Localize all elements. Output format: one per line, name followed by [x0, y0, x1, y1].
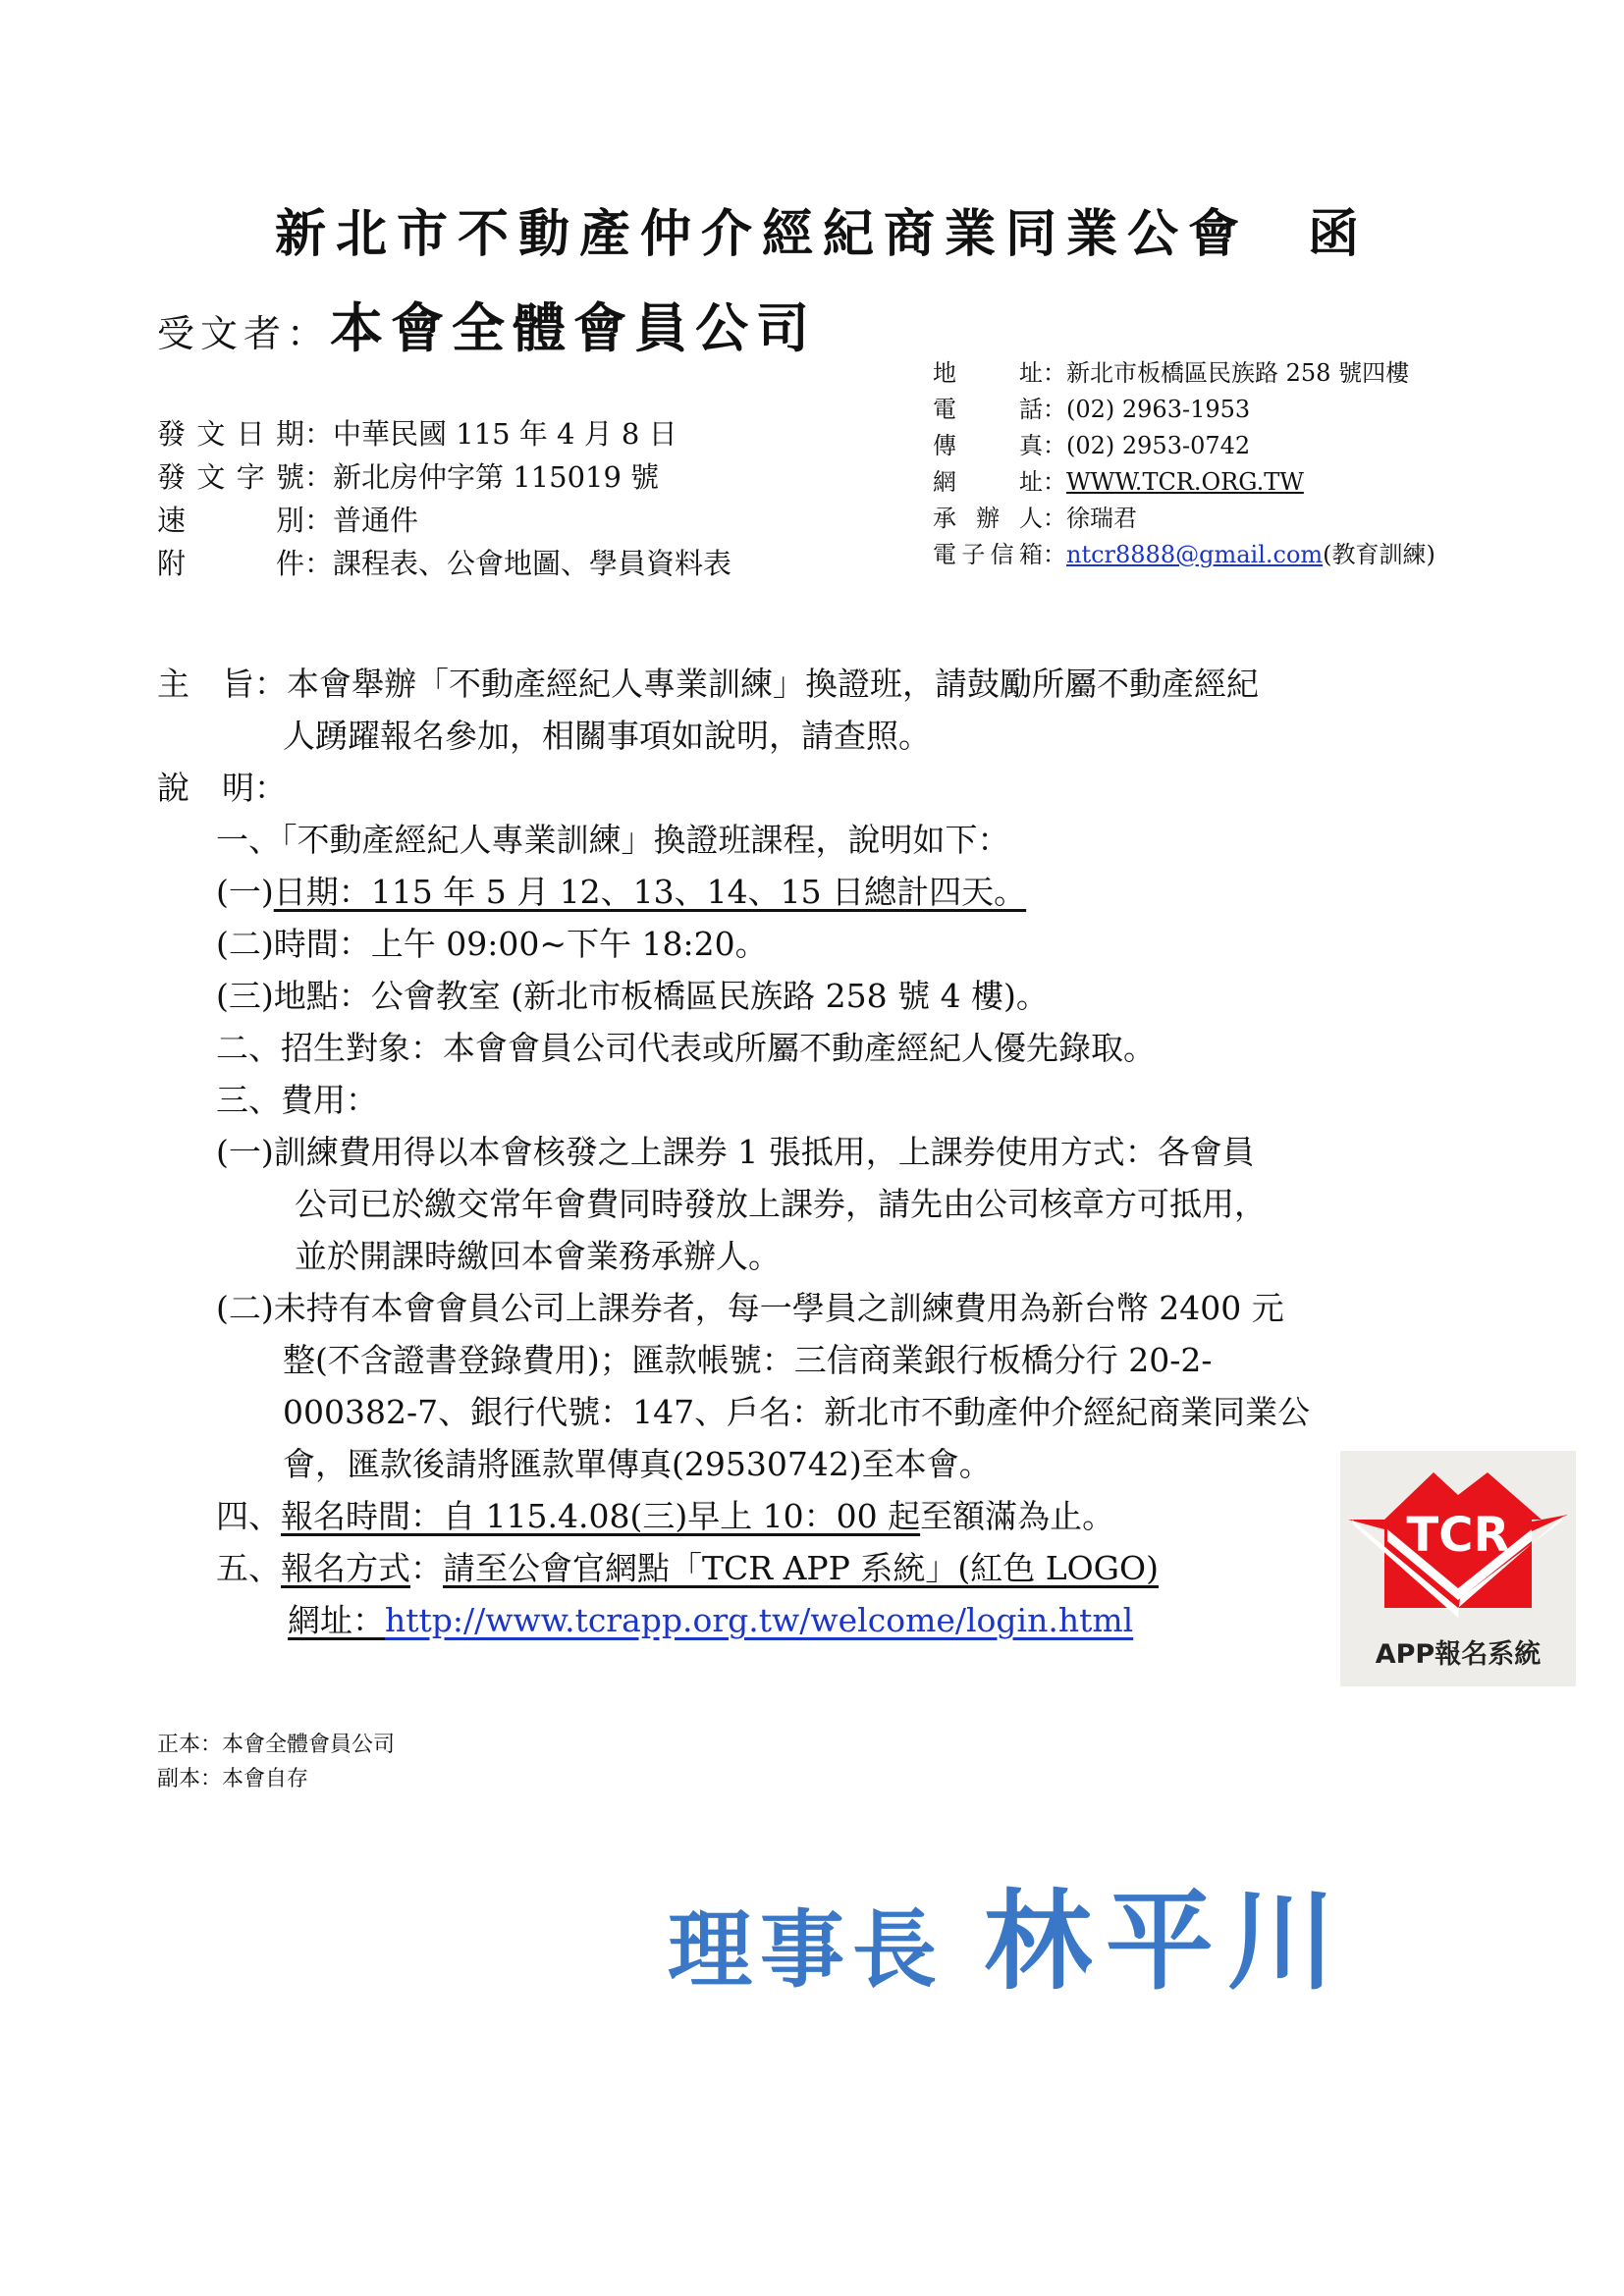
- document-body: 主 旨：本會舉辦「不動產經紀人專業訓練」換證班，請鼓勵所屬不動產經紀 人踴躍報名…: [157, 658, 1463, 1646]
- logo-caption: APP報名系統: [1340, 1632, 1576, 1671]
- website-link[interactable]: WWW.TCR.ORG.TW: [1066, 464, 1304, 501]
- issue-number: 發文字號：新北房仲字第 115019 號: [157, 455, 731, 499]
- explain-item-3b-2: 整(不含證書登錄費用)；匯款帳號：三信商業銀行板橋分行 20-2-: [157, 1334, 1463, 1386]
- contact-handler: 承辦人：徐瑞君: [933, 501, 1435, 537]
- explain-item-3b-1: (二)未持有本會會員公司上課券者，每一學員之訓練費用為新台幣 2400 元: [157, 1282, 1463, 1334]
- attachments: 附件：課程表、公會地圖、學員資料表: [157, 542, 731, 585]
- explain-item-1: 一、「不動產經紀人專業訓練」換證班課程，說明如下：: [157, 814, 1463, 866]
- explain-item-3b-4: 會，匯款後請將匯款單傳真(29530742)至本會。: [157, 1438, 1463, 1490]
- explain-item-5: 五、報名方式：請至公會官網點「TCR APP 系統」(紅色 LOGO): [157, 1542, 1463, 1594]
- explain-item-2: 二、招生對象：本會會員公司代表或所屬不動產經紀人優先錄取。: [157, 1022, 1463, 1074]
- explain-item-1b: (二)時間：上午 09:00~下午 18:20。: [157, 918, 1463, 970]
- org-name: 新北市不動產仲介經紀商業同業公會: [275, 205, 1249, 264]
- urgency: 速別：普通件: [157, 499, 731, 542]
- explain-item-3: 三、費用：: [157, 1074, 1463, 1126]
- recipient-value: 本會全體會員公司: [330, 297, 817, 359]
- original-recipient: 正本：本會全體會員公司: [157, 1728, 395, 1762]
- contact-website: 網址：WWW.TCR.ORG.TW: [933, 464, 1435, 501]
- email-link[interactable]: ntcr8888@gmail.com: [1066, 537, 1323, 573]
- contact-block: 地址：新北市板橋區民族路 258 號四樓 電話：(02) 2963-1953 傳…: [933, 355, 1435, 573]
- explain-item-3b-3: 000382-7、銀行代號：147、戶名：新北市不動產仲介經紀商業同業公: [157, 1386, 1463, 1438]
- signature-name: 林平川: [984, 1879, 1349, 2004]
- recipient-label: 受文者：: [157, 312, 330, 355]
- explain-item-5-url: 網址：http://www.tcrapp.org.tw/welcome/logi…: [157, 1594, 1463, 1646]
- doc-type: 函: [1308, 205, 1369, 264]
- recipient: 受文者：本會全體會員公司: [157, 287, 817, 362]
- document-title: 新北市不動產仲介經紀商業同業公會函: [275, 192, 1369, 266]
- copy-recipient: 副本：本會自存: [157, 1762, 395, 1796]
- contact-fax: 傳真：(02) 2953-0742: [933, 428, 1435, 464]
- explain-item-3a-2: 公司已於繳交常年會費同時發放上課券，請先由公司核章方可抵用，: [157, 1178, 1463, 1230]
- tcr-app-logo[interactable]: TCR APP報名系統: [1340, 1451, 1576, 1686]
- explain-item-1a: (一)日期：115 年 5 月 12、13、14、15 日總計四天。: [157, 866, 1463, 918]
- explain-item-4: 四、報名時間：自 115.4.08(三)早上 10：00 起至額滿為止。: [157, 1490, 1463, 1542]
- explain-item-3a-1: (一)訓練費用得以本會核發之上課券 1 張抵用，上課券使用方式：各會員: [157, 1126, 1463, 1178]
- explain-item-3a-3: 並於開課時繳回本會業務承辦人。: [157, 1230, 1463, 1282]
- signature-title: 理事長: [668, 1901, 945, 2000]
- issue-date: 發文日期：中華民國 115 年 4 月 8 日: [157, 412, 731, 455]
- subject-line-1: 主 旨：本會舉辦「不動產經紀人專業訓練」換證班，請鼓勵所屬不動產經紀: [157, 658, 1463, 710]
- issue-meta: 發文日期：中華民國 115 年 4 月 8 日 發文字號：新北房仲字第 1150…: [157, 412, 731, 585]
- copies: 正本：本會全體會員公司 副本：本會自存: [157, 1728, 395, 1796]
- subject-line-2: 人踴躍報名參加，相關事項如說明，請查照。: [157, 710, 1463, 762]
- contact-phone: 電話：(02) 2963-1953: [933, 392, 1435, 428]
- explain-item-1c: (三)地點：公會教室 (新北市板橋區民族路 258 號 4 樓)。: [157, 970, 1463, 1022]
- registration-url-link[interactable]: http://www.tcrapp.org.tw/welcome/login.h…: [385, 1601, 1133, 1639]
- tcr-logo-icon: TCR: [1340, 1451, 1576, 1637]
- explain-label: 說 明：: [157, 762, 1463, 814]
- contact-email: 電子信箱：ntcr8888@gmail.com(教育訓練): [933, 537, 1435, 573]
- svg-text:TCR: TCR: [1407, 1508, 1510, 1563]
- contact-address: 地址：新北市板橋區民族路 258 號四樓: [933, 355, 1435, 392]
- signature: 理事長林平川: [668, 1855, 1349, 2010]
